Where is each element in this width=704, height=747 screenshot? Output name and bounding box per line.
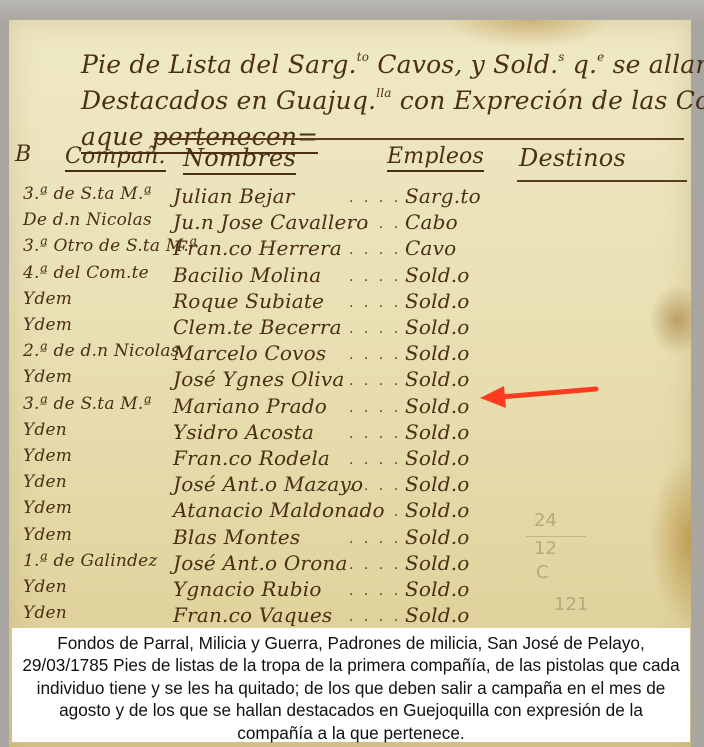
company-cell: Ydem: [23, 367, 72, 387]
name-cell: José Ant.o Mazayo: [173, 472, 363, 496]
role-cell: Sold.o: [405, 498, 470, 522]
leader-dots: . . . .: [349, 347, 401, 363]
company-cell: Ydem: [23, 289, 72, 309]
name-cell: Ygnacio Rubio: [173, 577, 322, 601]
pencil-rule: [526, 536, 586, 537]
background: [0, 0, 704, 22]
table-row: YdenYgnacio Rubio. . . .Sold.o: [9, 577, 691, 601]
role-cell: Sold.o: [405, 525, 470, 549]
column-header-number: B: [15, 142, 31, 167]
heading-text: Destacados en Guajuq.: [81, 86, 376, 115]
name-cell: Fran.co Rodela: [173, 446, 330, 470]
leader-dots: . . . .: [349, 295, 401, 311]
heading-line-2: Destacados en Guajuq.lla con Expreción d…: [81, 86, 704, 115]
table-row: 2.ª de d.n NicolasMarcelo Covos. . . .So…: [9, 341, 691, 365]
leader-dots: . . . .: [349, 478, 401, 494]
leader-dots: . . . .: [349, 426, 401, 442]
leader-dots: . . . .: [349, 190, 401, 206]
name-cell: Ju.n Jose Cavallero: [173, 210, 369, 234]
role-cell: Sold.o: [405, 367, 470, 391]
heading-text: q.: [573, 50, 597, 79]
column-header-employment: Empleos: [387, 144, 484, 172]
name-cell: Blas Montes: [173, 525, 300, 549]
name-cell: Julian Bejar: [173, 184, 294, 208]
leader-dots: . . . .: [349, 242, 401, 258]
name-cell: Bacilio Molina: [173, 263, 321, 287]
company-cell: Ydem: [23, 525, 72, 545]
role-cell: Sold.o: [405, 577, 470, 601]
table-row: 1.ª de GalindezJosé Ant.o Orona. . . .So…: [9, 551, 691, 575]
company-cell: Ydem: [23, 446, 72, 466]
caption-box: Fondos de Parral, Milicia y Guerra, Padr…: [12, 628, 690, 742]
company-cell: 3.ª Otro de S.ta M.ª: [23, 236, 197, 256]
heading-line-1: Pie de Lista del Sarg.to Cavos, y Sold.s…: [81, 50, 704, 79]
role-cell: Sarg.to: [405, 184, 481, 208]
role-cell: Cavo: [405, 236, 456, 260]
column-header-destinations: Destinos: [519, 144, 626, 172]
column-header-names: Nombres: [183, 144, 296, 175]
role-cell: Sold.o: [405, 551, 470, 575]
table-row: YdemBlas Montes. . . .Sold.o: [9, 525, 691, 549]
leader-dots: . . . .: [349, 531, 401, 547]
table-row: 3.ª de S.ta M.ªJulian Bejar. . . .Sarg.t…: [9, 184, 691, 208]
company-cell: 2.ª de d.n Nicolas: [23, 341, 180, 361]
pencil-note: 121: [554, 594, 588, 615]
company-cell: 3.ª de S.ta M.ª: [23, 184, 152, 204]
company-cell: 4.ª del Com.te: [23, 263, 149, 283]
leader-dots: . . . .: [349, 557, 401, 573]
caption-text: Fondos de Parral, Milicia y Guerra, Padr…: [22, 633, 679, 743]
name-cell: Fran.co Herrera: [173, 236, 342, 260]
company-cell: 3.ª de S.ta M.ª: [23, 394, 152, 414]
role-cell: Sold.o: [405, 603, 470, 627]
company-cell: Ydem: [23, 315, 72, 335]
pencil-note: 24: [534, 510, 557, 531]
name-cell: Clem.te Becerra: [173, 315, 342, 339]
company-cell: Ydem: [23, 498, 72, 518]
table-row: YdemRoque Subiate. . . .Sold.o: [9, 289, 691, 313]
name-cell: Mariano Prado: [173, 394, 327, 418]
table-row: YdenFran.co Vaques. . . .Sold.o: [9, 603, 691, 627]
red-arrow-annotation: [478, 380, 600, 412]
header-rule-top: [154, 138, 684, 140]
company-cell: Yden: [23, 420, 67, 440]
role-cell: Sold.o: [405, 289, 470, 313]
name-cell: José Ant.o Orona: [173, 551, 348, 575]
role-cell: Sold.o: [405, 446, 470, 470]
role-cell: Sold.o: [405, 263, 470, 287]
superscript: e: [597, 50, 604, 64]
company-cell: Yden: [23, 603, 67, 623]
pencil-note: 12: [534, 538, 557, 559]
leader-dots: . . . .: [349, 583, 401, 599]
destinations-rule: [517, 180, 687, 182]
leader-dots: . . . .: [349, 609, 401, 625]
leader-dots: . . . .: [349, 321, 401, 337]
name-cell: Ysidro Acosta: [173, 420, 314, 444]
role-cell: Sold.o: [405, 420, 470, 444]
table-row: YdenYsidro Acosta. . . .Sold.o: [9, 420, 691, 444]
role-cell: Sold.o: [405, 394, 470, 418]
role-cell: Cabo: [405, 210, 458, 234]
leader-dots: . . . .: [349, 452, 401, 468]
pencil-note: C: [536, 562, 549, 583]
company-cell: Yden: [23, 577, 67, 597]
heading-text: Cavos, y Sold.: [377, 50, 558, 79]
heading-text: Pie de Lista del Sarg.: [81, 50, 357, 79]
role-cell: Sold.o: [405, 341, 470, 365]
leader-dots: . . . .: [349, 400, 401, 416]
company-cell: 1.ª de Galindez: [23, 551, 157, 571]
name-cell: Roque Subiate: [173, 289, 324, 313]
table-row: YdemFran.co Rodela. . . .Sold.o: [9, 446, 691, 470]
heading-text: con Expreción de las Comp.: [400, 86, 704, 115]
heading-text: se allan: [613, 50, 704, 79]
company-cell: Yden: [23, 472, 67, 492]
leader-dots: . . . .: [349, 269, 401, 285]
superscript: lla: [376, 86, 391, 100]
table-row: 4.ª del Com.teBacilio Molina. . . .Sold.…: [9, 263, 691, 287]
column-header-company: Compañ.: [65, 144, 166, 172]
company-cell: De d.n Nicolas: [23, 210, 152, 230]
role-cell: Sold.o: [405, 472, 470, 496]
leader-dots: . . . .: [349, 504, 401, 520]
role-cell: Sold.o: [405, 315, 470, 339]
table-row: 3.ª Otro de S.ta M.ªFran.co Herrera. . .…: [9, 236, 691, 260]
table-row: YdemAtanacio Maldonado. . . .Sold.o: [9, 498, 691, 522]
leader-dots: . . . .: [349, 216, 401, 232]
table-row: YdemClem.te Becerra. . . .Sold.o: [9, 315, 691, 339]
name-cell: Fran.co Vaques: [173, 603, 332, 627]
superscript: to: [357, 50, 369, 64]
name-cell: José Ygnes Oliva: [173, 367, 344, 391]
table-row: YdenJosé Ant.o Mazayo. . . .Sold.o: [9, 472, 691, 496]
table-row: De d.n NicolasJu.n Jose Cavallero. . . .…: [9, 210, 691, 234]
superscript: s: [558, 50, 564, 64]
leader-dots: . . . .: [349, 373, 401, 389]
name-cell: Marcelo Covos: [173, 341, 326, 365]
